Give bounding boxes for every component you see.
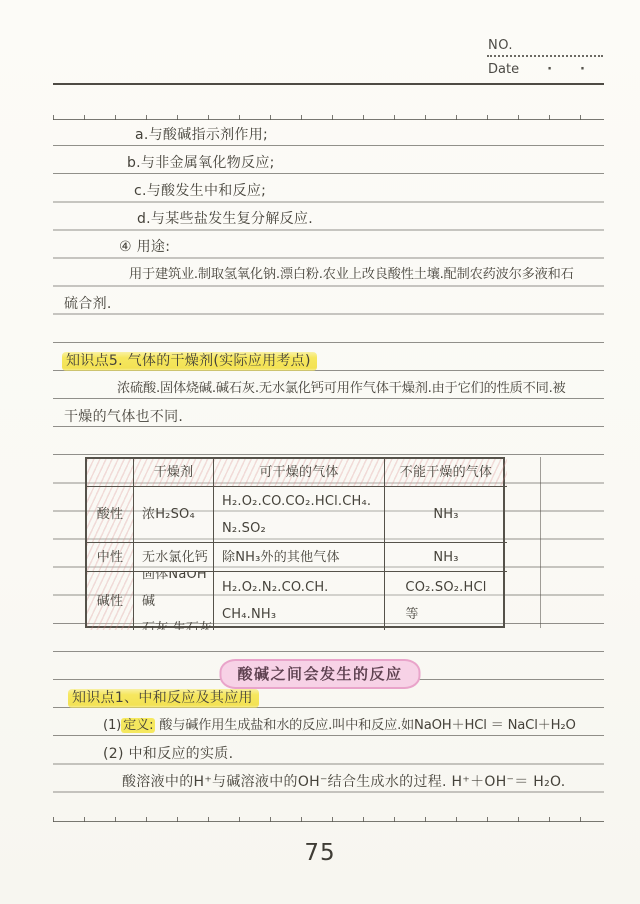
table-cell-cannot-dry: NH₃ bbox=[385, 487, 507, 543]
notebook-page: NO. Date · · a.与酸碱指示剂作用; b.与非金属氧化物反应; c.… bbox=[0, 0, 640, 904]
kp5-heading-highlight: 知识点5. 气体的干燥剂(实际应用考点) bbox=[62, 352, 317, 371]
table-header-agent: 干燥剂 bbox=[134, 459, 214, 487]
table-cell-agent: 浓H₂SO₄ bbox=[134, 487, 214, 543]
table-header-cannot-dry: 不能干燥的气体 bbox=[385, 459, 507, 487]
tick-rule-bottom bbox=[53, 817, 604, 822]
top-rule-line bbox=[53, 83, 604, 85]
table-stray-vertical-line bbox=[540, 457, 541, 628]
kp1-definition-prefix: (1) bbox=[103, 718, 121, 733]
table-cell-agent: 固体NaOH碱 石灰.生石灰 bbox=[134, 572, 214, 630]
kp5-body-line2: 干燥的气体也不同. bbox=[64, 406, 183, 428]
section-title-pill: 酸碱之间会发生的反应 bbox=[219, 659, 420, 689]
table-header-can-dry: 可干燥的气体 bbox=[214, 459, 385, 487]
table-row-label: 碱性 bbox=[87, 572, 134, 630]
table-header-corner bbox=[87, 459, 134, 487]
date-separator-dot: · bbox=[580, 62, 585, 77]
kp1-definition-term-highlight: 定义: bbox=[121, 718, 155, 733]
drying-agents-table: 干燥剂 可干燥的气体 不能干燥的气体 酸性 浓H₂SO₄ H₂.O₂.CO.CO… bbox=[85, 457, 505, 628]
kp5-body-line1: 浓硫酸.固体烧碱.碱石灰.无水氯化钙可用作气体干燥剂.由于它们的性质不同.被 bbox=[117, 378, 566, 400]
table-cell-cannot-dry: CO₂.SO₂.HCl 等 bbox=[385, 572, 507, 630]
note-line-d: d.与某些盐发生复分解反应. bbox=[137, 208, 313, 230]
kp1-essence: 酸溶液中的H⁺与碱溶液中的OH⁻结合生成水的过程. H⁺＋OH⁻＝ H₂O. bbox=[122, 771, 566, 793]
uses-heading: ④ 用途: bbox=[119, 236, 170, 258]
kp1-heading-highlight: 知识点1、中和反应及其应用 bbox=[68, 689, 259, 708]
date-separator-dot: · bbox=[547, 62, 552, 77]
kp1-heading: 知识点1、中和反应及其应用 bbox=[68, 687, 259, 709]
table-cell-agent: 无水氯化钙 bbox=[134, 543, 214, 572]
no-label: NO. bbox=[488, 38, 513, 53]
kp5-heading: 知识点5. 气体的干燥剂(实际应用考点) bbox=[62, 350, 317, 372]
table-cell-can-dry: H₂.O₂.N₂.CO.CH. CH₄.NH₃ bbox=[214, 572, 385, 630]
table-cell-cannot-dry: NH₃ bbox=[385, 543, 507, 572]
note-line-a: a.与酸碱指示剂作用; bbox=[135, 124, 268, 146]
uses-body-line1: 用于建筑业.制取氢氧化钠.漂白粉.农业上改良酸性土壤.配制农药波尔多液和石 bbox=[129, 264, 574, 286]
page-number: 75 bbox=[0, 840, 640, 866]
date-label: Date bbox=[488, 62, 519, 77]
date-row: Date · · bbox=[488, 62, 604, 77]
kp1-sub-heading: (2) 中和反应的实质. bbox=[103, 743, 233, 765]
kp1-definition: (1)定义: 酸与碱作用生成盐和水的反应.叫中和反应.如NaOH＋HCl ＝ N… bbox=[103, 715, 576, 737]
no-dashed-line bbox=[487, 55, 603, 57]
uses-body-line2: 硫合剂. bbox=[64, 293, 112, 315]
table-cell-can-dry: 除NH₃外的其他气体 bbox=[214, 543, 385, 572]
kp1-definition-rest: 酸与碱作用生成盐和水的反应.叫中和反应.如NaOH＋HCl ＝ NaCl＋H₂O bbox=[155, 718, 575, 733]
table-row-label: 中性 bbox=[87, 543, 134, 572]
note-line-c: c.与酸发生中和反应; bbox=[134, 180, 266, 202]
table-cell-can-dry: H₂.O₂.CO.CO₂.HCl.CH₄. N₂.SO₂ bbox=[214, 487, 385, 543]
table-row-label: 酸性 bbox=[87, 487, 134, 543]
note-line-b: b.与非金属氧化物反应; bbox=[127, 152, 275, 174]
